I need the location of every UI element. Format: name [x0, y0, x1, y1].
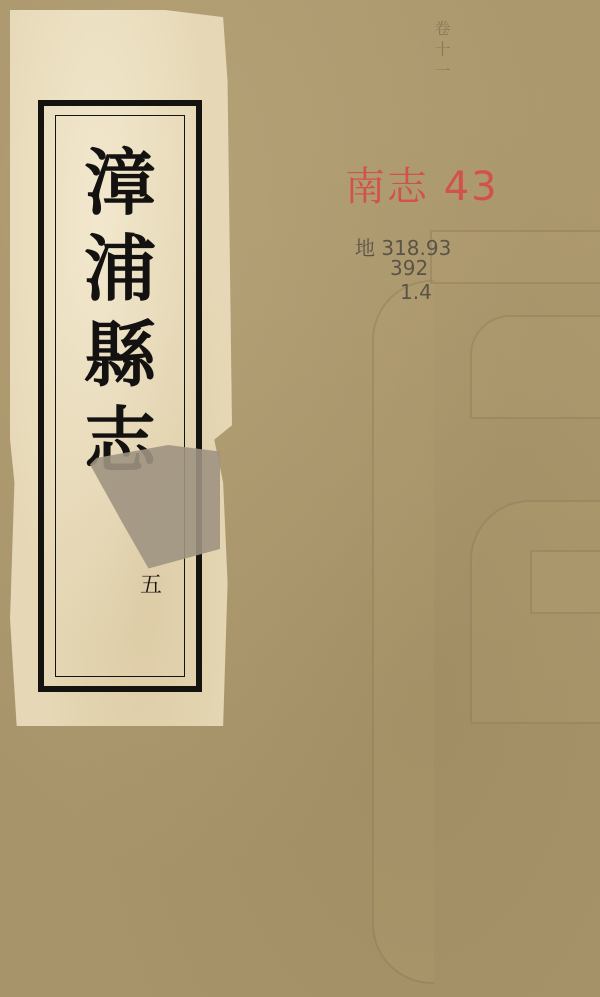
watermark-shape: [430, 230, 600, 284]
faint-pencil-note: 卷 十 一: [430, 20, 453, 78]
pencil-note: 392: [390, 256, 428, 280]
title-char: 浦: [84, 226, 156, 312]
title-char: 縣: [84, 312, 156, 398]
watermark-shape: [470, 315, 600, 419]
title-char: 漳: [84, 140, 156, 226]
pencil-note: 1.4: [400, 280, 432, 304]
watermark-shape: [530, 550, 600, 614]
red-call-number: 南志 43: [345, 155, 499, 212]
book-title: 漳 浦 縣 志: [55, 140, 185, 484]
watermark-shape: [372, 280, 434, 984]
volume-mark: 五: [140, 568, 162, 599]
